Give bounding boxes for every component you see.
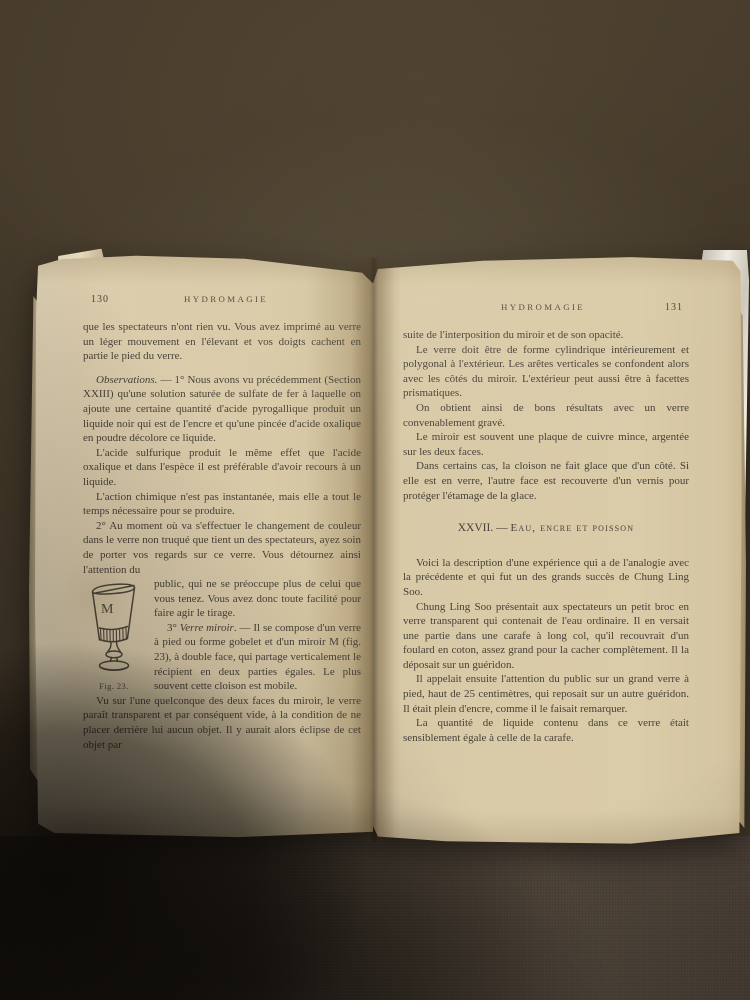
open-book: 130 HYDROMAGIE que les spectateurs n'ont…: [0, 0, 750, 1000]
mirror-glass-illustration: M: [89, 579, 139, 677]
left-page: 130 HYDROMAGIE que les spectateurs n'ont…: [34, 254, 374, 840]
paragraph-resultats: On obtient ainsi de bons résultats avec …: [403, 401, 689, 430]
section-separator: —: [493, 522, 510, 534]
paragraph-chung: Chung Ling Soo présentait aux spectateur…: [403, 600, 689, 673]
glass-mirror-label: M: [101, 602, 114, 617]
paragraph-observations: Observations. — 1° Nous avons vu précéde…: [83, 373, 361, 446]
left-page-header: 130 HYDROMAGIE: [83, 294, 361, 305]
figure-23: M Fig. 23.: [83, 579, 145, 694]
running-title: HYDROMAGIE: [135, 294, 317, 304]
right-page-header: HYDROMAGIE 131: [403, 302, 689, 313]
page-number: 130: [83, 294, 135, 305]
right-page: HYDROMAGIE 131 suite de l'interposition …: [372, 256, 742, 846]
section-heading: XXVII. — Eau, encre et poisson: [403, 521, 689, 536]
observations-lead: Observations.: [96, 374, 157, 386]
photo-of-open-book: 130 HYDROMAGIE que les spectateurs n'ont…: [0, 0, 750, 1000]
paragraph-vu-sur: Vu sur l'une quelconque des deux faces d…: [83, 694, 361, 752]
verre-miroir-number: 3°: [167, 622, 180, 634]
left-page-text: que les spectateurs n'ont rien vu. Vous …: [83, 320, 361, 752]
section-number: XXVII.: [458, 522, 493, 534]
paragraph-verre-doit: Le verre doit être de forme cylindrique …: [403, 343, 689, 401]
paragraph-suite: suite de l'interposition du miroir et de…: [403, 328, 689, 343]
paragraph-intro: que les spectateurs n'ont rien vu. Vous …: [83, 320, 361, 364]
paragraph-miroir: Le miroir est souvent une plaque de cuiv…: [403, 430, 689, 459]
paragraph-quantite: La quantité de liquide contenu dans ce v…: [403, 716, 689, 745]
paragraph-acide: L'acide sulfurique produit le même effet…: [83, 446, 361, 490]
paragraph-appelait: Il appelait ensuite l'attention du publi…: [403, 672, 689, 716]
figure-caption: Fig. 23.: [83, 679, 145, 694]
paragraph-moment: 2° Au moment où va s'effectuer le change…: [83, 519, 361, 577]
paragraph-action: L'action chimique n'est pas instantanée,…: [83, 490, 361, 519]
running-title: HYDROMAGIE: [447, 302, 639, 312]
right-page-text: suite de l'interposition du miroir et de…: [403, 328, 689, 745]
paragraph-cloison: Dans certains cas, la cloison ne fait gl…: [403, 459, 689, 503]
paragraph-voici: Voici la description d'une expérience qu…: [403, 556, 689, 600]
section-title: Eau, encre et poisson: [510, 522, 634, 534]
page-number: 131: [639, 302, 689, 313]
verre-miroir-lead: Verre miroir: [180, 622, 234, 634]
